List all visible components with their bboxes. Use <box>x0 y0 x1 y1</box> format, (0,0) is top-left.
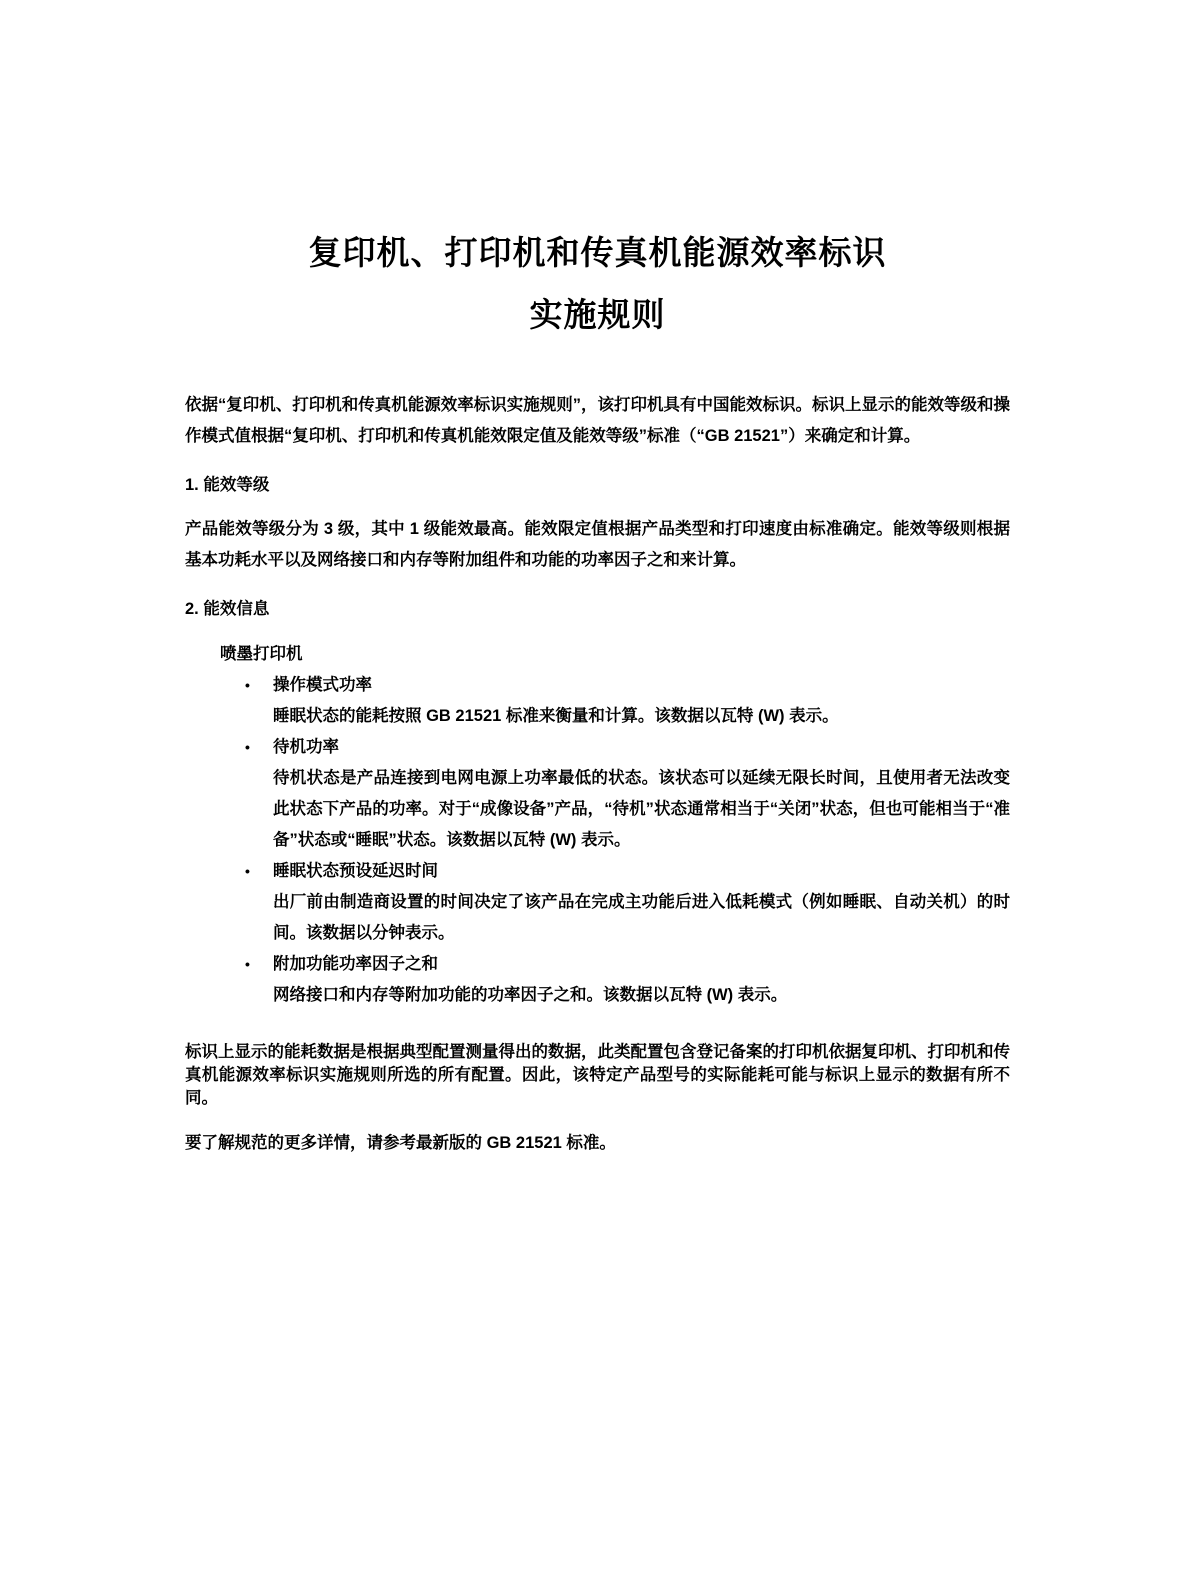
list-item: • 睡眠状态预设延迟时间 出厂前由制造商设置的时间决定了该产品在完成主功能后进入… <box>220 856 1010 949</box>
list-item-title: 操作模式功率 <box>273 670 1010 701</box>
list-item-description: 睡眠状态的能耗按照 GB 21521 标准来衡量和计算。该数据以瓦特 (W) 表… <box>273 701 1010 732</box>
list-item-title: 附加功能功率因子之和 <box>273 949 1010 980</box>
closing-paragraph-measurement-note: 标识上显示的能耗数据是根据典型配置测量得出的数据，此类配置包含登记备案的打印机依… <box>185 1041 1010 1110</box>
bullet-icon: • <box>245 949 250 980</box>
document-title: 复印机、打印机和传真机能源效率标识 实施规则 <box>185 222 1010 346</box>
intro-paragraph: 依据“复印机、打印机和传真机能源效率标识实施规则”，该打印机具有中国能效标识。标… <box>185 390 1010 452</box>
list-item-description: 出厂前由制造商设置的时间决定了该产品在完成主功能后进入低耗模式（例如睡眠、自动关… <box>273 887 1010 949</box>
list-item-description: 网络接口和内存等附加功能的功率因子之和。该数据以瓦特 (W) 表示。 <box>273 980 1010 1011</box>
document-title-line1: 复印机、打印机和传真机能源效率标识 <box>185 222 1010 284</box>
document-page: 复印机、打印机和传真机能源效率标识 实施规则 依据“复印机、打印机和传真机能源效… <box>0 0 1190 1584</box>
section-heading-efficiency-info: 2. 能效信息 <box>185 594 1010 625</box>
section-heading-efficiency-grade: 1. 能效等级 <box>185 470 1010 501</box>
list-item: • 操作模式功率 睡眠状态的能耗按照 GB 21521 标准来衡量和计算。该数据… <box>220 670 1010 732</box>
section-body-efficiency-grade: 产品能效等级分为 3 级，其中 1 级能效最高。能效限定值根据产品类型和打印速度… <box>185 514 1010 576</box>
bullet-icon: • <box>245 732 250 763</box>
bullet-icon: • <box>245 856 250 887</box>
inkjet-printer-info-block: 喷墨打印机 • 操作模式功率 睡眠状态的能耗按照 GB 21521 标准来衡量和… <box>220 639 1010 1011</box>
list-item: • 附加功能功率因子之和 网络接口和内存等附加功能的功率因子之和。该数据以瓦特 … <box>220 949 1010 1011</box>
closing-paragraph-standard-reference: 要了解规范的更多详情，请参考最新版的 GB 21521 标准。 <box>185 1132 1010 1155</box>
energy-info-list: • 操作模式功率 睡眠状态的能耗按照 GB 21521 标准来衡量和计算。该数据… <box>220 670 1010 1011</box>
bullet-icon: • <box>245 670 250 701</box>
list-item: • 待机功率 待机状态是产品连接到电网电源上功率最低的状态。该状态可以延续无限长… <box>220 732 1010 856</box>
list-item-title: 睡眠状态预设延迟时间 <box>273 856 1010 887</box>
document-title-line2: 实施规则 <box>185 284 1010 346</box>
list-subheading-inkjet-printer: 喷墨打印机 <box>220 639 1010 670</box>
list-item-description: 待机状态是产品连接到电网电源上功率最低的状态。该状态可以延续无限长时间，且使用者… <box>273 763 1010 856</box>
list-item-title: 待机功率 <box>273 732 1010 763</box>
